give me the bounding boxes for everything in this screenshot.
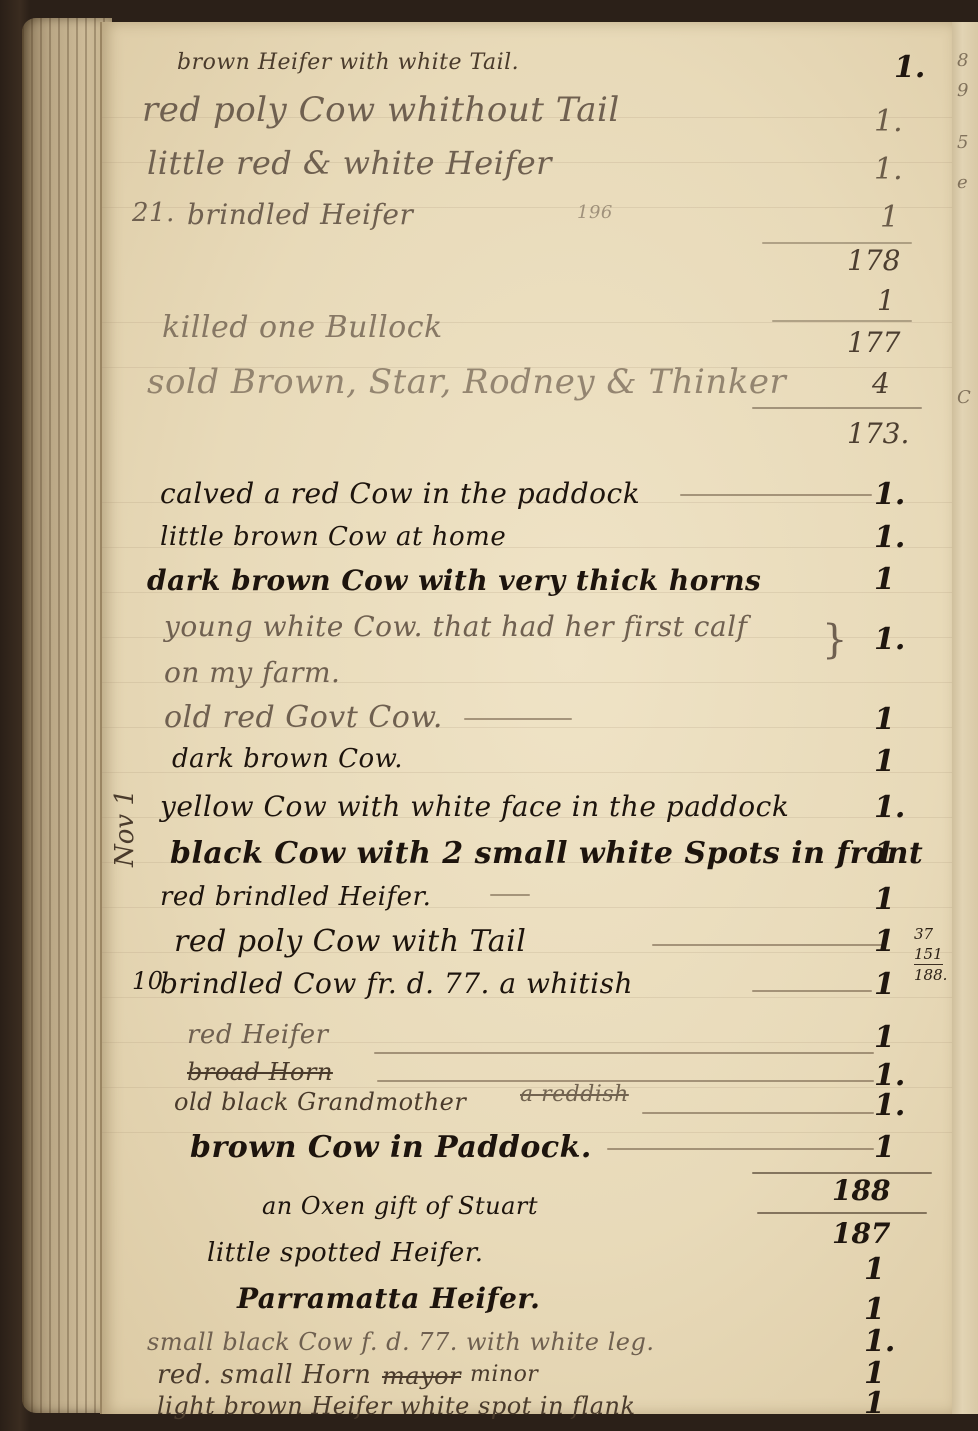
tally-mark: 1: [874, 1130, 895, 1165]
ledger-entry: sold Brown, Star, Rodney & Thinker: [147, 362, 786, 402]
tally-mark: 1: [864, 1386, 885, 1421]
ledger-entry-continued: on my farm.: [164, 656, 340, 689]
correction-note: minor: [470, 1362, 538, 1387]
ledger-entry-number: 10: [132, 967, 164, 995]
tally-mark: 1: [874, 1020, 895, 1055]
ledger-entry: an Oxen gift of Stuart: [262, 1192, 538, 1220]
tally-mark: 1: [874, 967, 895, 1002]
margin-addend: 37: [914, 924, 947, 944]
ledger-entry: young white Cow. that had her first calf: [164, 610, 747, 643]
tally-mark: 1: [864, 1292, 885, 1327]
tally-mark: 1.: [874, 622, 905, 657]
tally-mark: 1: [880, 200, 899, 235]
running-total-subtract: 4: [872, 367, 890, 400]
ledger-entry: red poly Cow with Tail: [174, 924, 526, 959]
ledger-entry: small black Cow f. d. 77. with white leg…: [147, 1328, 654, 1356]
ledger-entry: little red & white Heifer: [147, 144, 552, 182]
pencil-note: 196: [577, 202, 613, 223]
ledger-entry: brindled Cow fr. d. 77. a whitish: [160, 967, 633, 1000]
book-scan: 8 9 5 e C brown Heifer with white Tail. …: [0, 0, 978, 1431]
ledger-entry: old black Grandmother: [174, 1088, 466, 1116]
running-total: 173.: [847, 417, 909, 450]
tally-mark: 1.: [874, 152, 903, 187]
next-page-fragment: C: [957, 387, 971, 408]
ledger-entry: Parramatta Heifer.: [237, 1282, 540, 1315]
ledger-entry: little brown Cow at home: [160, 522, 506, 552]
tally-mark: 1.: [874, 790, 905, 825]
ledger-entry: red Heifer: [187, 1020, 329, 1050]
tally-mark: 1.: [874, 1088, 905, 1123]
struck-word: mayor: [382, 1362, 461, 1390]
next-page-fragment: 9: [957, 80, 968, 101]
tally-mark: 1.: [874, 477, 905, 512]
running-total: 187: [832, 1217, 890, 1250]
tally-mark: 1.: [874, 104, 903, 139]
page-edges-stack: [22, 18, 112, 1413]
tally-mark: 1: [874, 882, 895, 917]
ledger-entry: little spotted Heifer.: [207, 1238, 484, 1268]
next-page-fragment: 8: [957, 50, 968, 71]
tally-mark: 1.: [874, 520, 905, 555]
ledger-entry: killed one Bullock: [162, 310, 443, 345]
tally-mark: 1.: [864, 1324, 895, 1359]
ledger-entry: light brown Heifer white spot in flank: [157, 1392, 636, 1420]
tally-mark: 1: [874, 562, 895, 597]
margin-total: 188.: [914, 965, 947, 985]
next-page-fragment: 5: [957, 132, 968, 153]
tally-mark: 1: [874, 702, 895, 737]
ledger-entry: brown Heifer with white Tail.: [177, 50, 519, 75]
ledger-entry: red brindled Heifer.: [160, 882, 431, 912]
ledger-entry: black Cow with 2 small white Spots in fr…: [170, 836, 923, 871]
ledger-entry: brindled Heifer: [187, 198, 413, 231]
ledger-entry: yellow Cow with white face in the paddoc…: [160, 790, 789, 823]
adjacent-page-edge: 8 9 5 e C: [950, 22, 978, 1414]
tally-mark: 1.: [894, 50, 925, 85]
next-page-fragment: e: [957, 172, 968, 193]
running-total: 178: [847, 244, 900, 277]
ledger-entry: brown Cow in Paddock.: [190, 1130, 592, 1165]
ledger-page: brown Heifer with white Tail. red poly C…: [100, 22, 952, 1414]
margin-addition: 37 151 188.: [914, 924, 947, 985]
margin-note: Nov 1: [110, 789, 140, 867]
ledger-entry: red. small Horn: [157, 1360, 371, 1390]
struck-note: a reddish: [520, 1082, 629, 1107]
ledger-entry-number: 21.: [132, 198, 175, 228]
tally-mark: 1: [874, 744, 895, 779]
brace-mark: }: [822, 617, 848, 663]
ledger-entry: calved a red Cow in the paddock: [160, 477, 640, 510]
tally-mark: 1: [874, 924, 895, 959]
tally-mark: 1: [864, 1252, 885, 1287]
running-total: 188: [832, 1174, 890, 1207]
ledger-entry: old red Govt Cow.: [164, 700, 443, 735]
ledger-entry: dark brown Cow with very thick horns: [147, 564, 761, 597]
ledger-entry-struck: broad Horn: [187, 1058, 333, 1086]
margin-addend: 151: [914, 944, 943, 965]
running-total: 177: [847, 326, 900, 359]
running-total: 1: [877, 284, 895, 317]
ledger-entry: dark brown Cow.: [172, 744, 403, 774]
tally-mark: 1: [874, 836, 895, 871]
ledger-entry: red poly Cow whithout Tail: [142, 90, 620, 130]
